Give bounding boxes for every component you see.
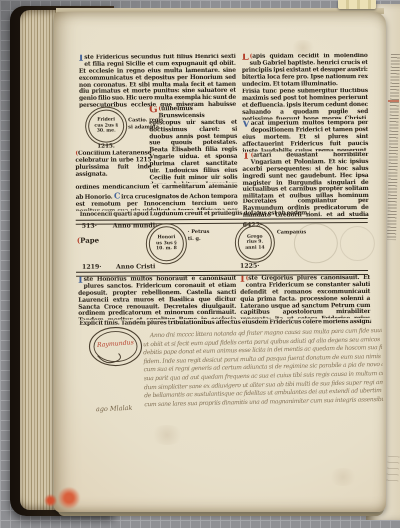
pape-label: (Pape [77, 236, 99, 245]
wide-paragraph-crucesignati: ordines mendicancium et carmelitarum ale… [76, 184, 238, 211]
fridericus-circle: Frideri cus 2us § 30. me. [85, 106, 127, 145]
concilium-paragraph: (Concilium Lateranense celebratur in urb… [75, 150, 151, 182]
illuminated-initial: V [242, 121, 250, 129]
pope-honorius-circle: Honori us 3us § 10. m. 8 [146, 223, 187, 264]
anno-cristi-left-value: 1219· [82, 264, 101, 271]
rubricated-initial: T [242, 153, 249, 161]
lower-left-column-honorius: Iste Honorius multos honorauit e canonis… [78, 276, 236, 320]
rubricated-initial: G [149, 106, 157, 114]
anno-mundi-left-value: 513· [82, 223, 97, 230]
year-label-1215: 1215. [97, 144, 115, 150]
column-text: acat imperium multos tempora per deposit… [242, 120, 368, 152]
upper-right-paragraph-tartari: (Tartari deuastant horribiliter Vngariam… [242, 152, 368, 198]
honorius-side-note: · Petrus ti. g. [188, 229, 210, 242]
side-note-line: · Petrus [188, 229, 210, 236]
upper-right-paragraph-vacat: Vacat imperium multos tempora per deposi… [242, 120, 368, 152]
illuminated-initial: I [79, 55, 84, 63]
anno-mundi-label: Anno mundi· [113, 222, 158, 229]
upper-right-paragraph-frisia: Frisia tunc pene submergitur fluctibus m… [242, 88, 368, 120]
rubricated-initial: L [242, 54, 249, 62]
anno-cristi-label: Anno Cristi [116, 263, 155, 270]
raymundus-label: Raymundus [96, 339, 134, 349]
incunable-photo: Iste Fridericus secundus fuit filius Hen… [0, 0, 400, 528]
circle-text: 10. m. 8 [156, 246, 177, 252]
column-text: ste Gregorius plures canonisauit. Et con… [240, 275, 370, 319]
blind-impressed-circle [294, 223, 338, 263]
column-text: uilhelmus Brunswicensis episcopus uir sa… [149, 106, 237, 184]
anno-cristi-right-value: 1225· [240, 263, 259, 270]
side-note-line: ti. g. [188, 235, 210, 242]
middle-column-guilhelmus: (Guilhelmus Brunswicensis episcopus uir … [149, 106, 237, 184]
upper-right-paragraph-lapis: (Lapis quidam cecidit in molendino sub G… [242, 53, 368, 87]
label-text: Pape [80, 236, 99, 245]
blind-impressed-circle [340, 226, 375, 261]
illuminated-initial: C [114, 190, 120, 200]
handwritten-signature: ago Mlalak [96, 404, 133, 413]
raymundus-circle: Raymundus [85, 325, 145, 375]
pope-gregorius-circle: Grego rius 9. anni 14 [235, 223, 275, 263]
printed-page-content: Iste Fridericus secundus fuit filius Hen… [0, 0, 400, 528]
circle-text: anni 14 [245, 245, 264, 251]
rubricated-initial: I [240, 276, 245, 284]
column-text: Frisia tunc pene submergitur fluctibus m… [242, 88, 368, 120]
column-text: apis quidam cecidit in molendino sub Gab… [242, 53, 368, 87]
circle-text: 30. me. [97, 129, 116, 135]
column-text: Concilium Lateranense celebratur in urbe… [75, 150, 151, 177]
column-text: ste Honorius multos honorauit e canonisa… [78, 276, 236, 320]
lower-right-column-gregorius: (Iste Gregorius plures canonisauit. Et c… [240, 275, 370, 319]
column-text: ste Fridericus secundus fuit filius Henr… [79, 54, 236, 108]
illuminated-initial: I [78, 277, 83, 285]
upper-left-column: Iste Fridericus secundus fuit filius Hen… [79, 54, 236, 108]
column-text: artari deuastant horribiliter Vngariam e… [242, 152, 368, 198]
handwritten-annotation: Anno dni mcccc littera notanda qd frater… [143, 327, 384, 412]
